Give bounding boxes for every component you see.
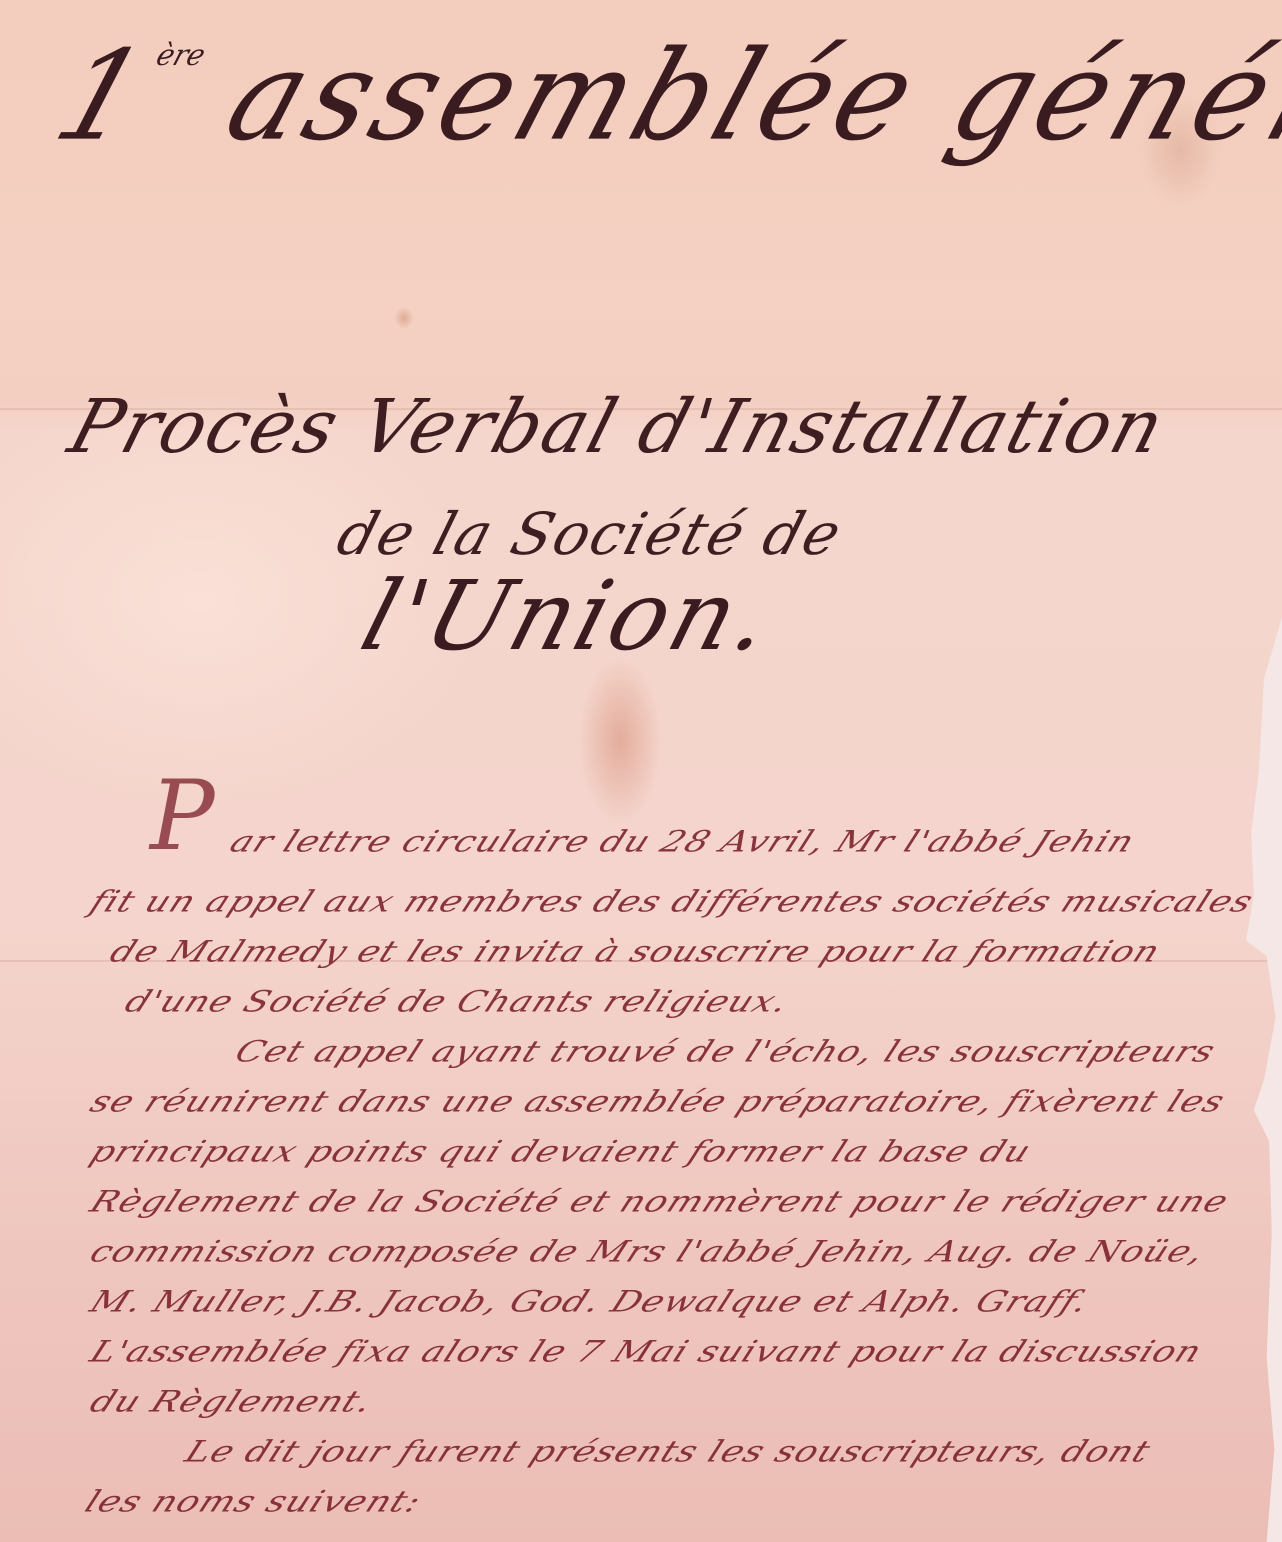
body-line-2: fit un appel aux membres des différentes…	[85, 885, 1259, 919]
heading-ordinal: 1	[40, 23, 168, 168]
title-line-1: Procès Verbal d'Installation	[60, 384, 1175, 470]
heading: 1ère assemblée générale.	[40, 23, 1282, 168]
body-line-1: ar lettre circulaire du 28 Avril, Mr l'a…	[225, 825, 1140, 859]
body-line-14: les noms suivent:	[80, 1485, 427, 1519]
title-line-3: l'Union.	[350, 560, 787, 672]
body-line-8: Règlement de la Société et nommèrent pou…	[85, 1185, 1234, 1219]
body-line-5: Cet appel ayant trouvé de l'écho, les so…	[230, 1035, 1221, 1069]
manuscript-page: 1ère assemblée générale. Procès Verbal d…	[0, 0, 1282, 1542]
body-line-4: d'une Société de Chants religieux.	[120, 985, 794, 1019]
body-line-10: M. Muller, J.B. Jacob, God. Dewalque et …	[85, 1285, 1094, 1319]
body-line-7: principaux points qui devaient former la…	[85, 1135, 1036, 1169]
body-line-6: se réunirent dans une assemblée préparat…	[85, 1085, 1230, 1119]
body-line-11: L'assemblée fixa alors le 7 Mai suivant …	[85, 1335, 1207, 1369]
heading-text: assemblée générale.	[168, 23, 1282, 168]
body-line-12: du Règlement.	[85, 1385, 378, 1419]
body-line-13: Le dit jour furent présents les souscrip…	[180, 1435, 1156, 1469]
drop-cap: P	[150, 760, 215, 872]
title-line-2: de la Société de	[330, 500, 850, 568]
body-line-3: de Malmedy et les invita à souscrire pou…	[105, 935, 1166, 969]
body-line-9: commission composée de Mrs l'abbé Jehin,…	[85, 1235, 1210, 1269]
